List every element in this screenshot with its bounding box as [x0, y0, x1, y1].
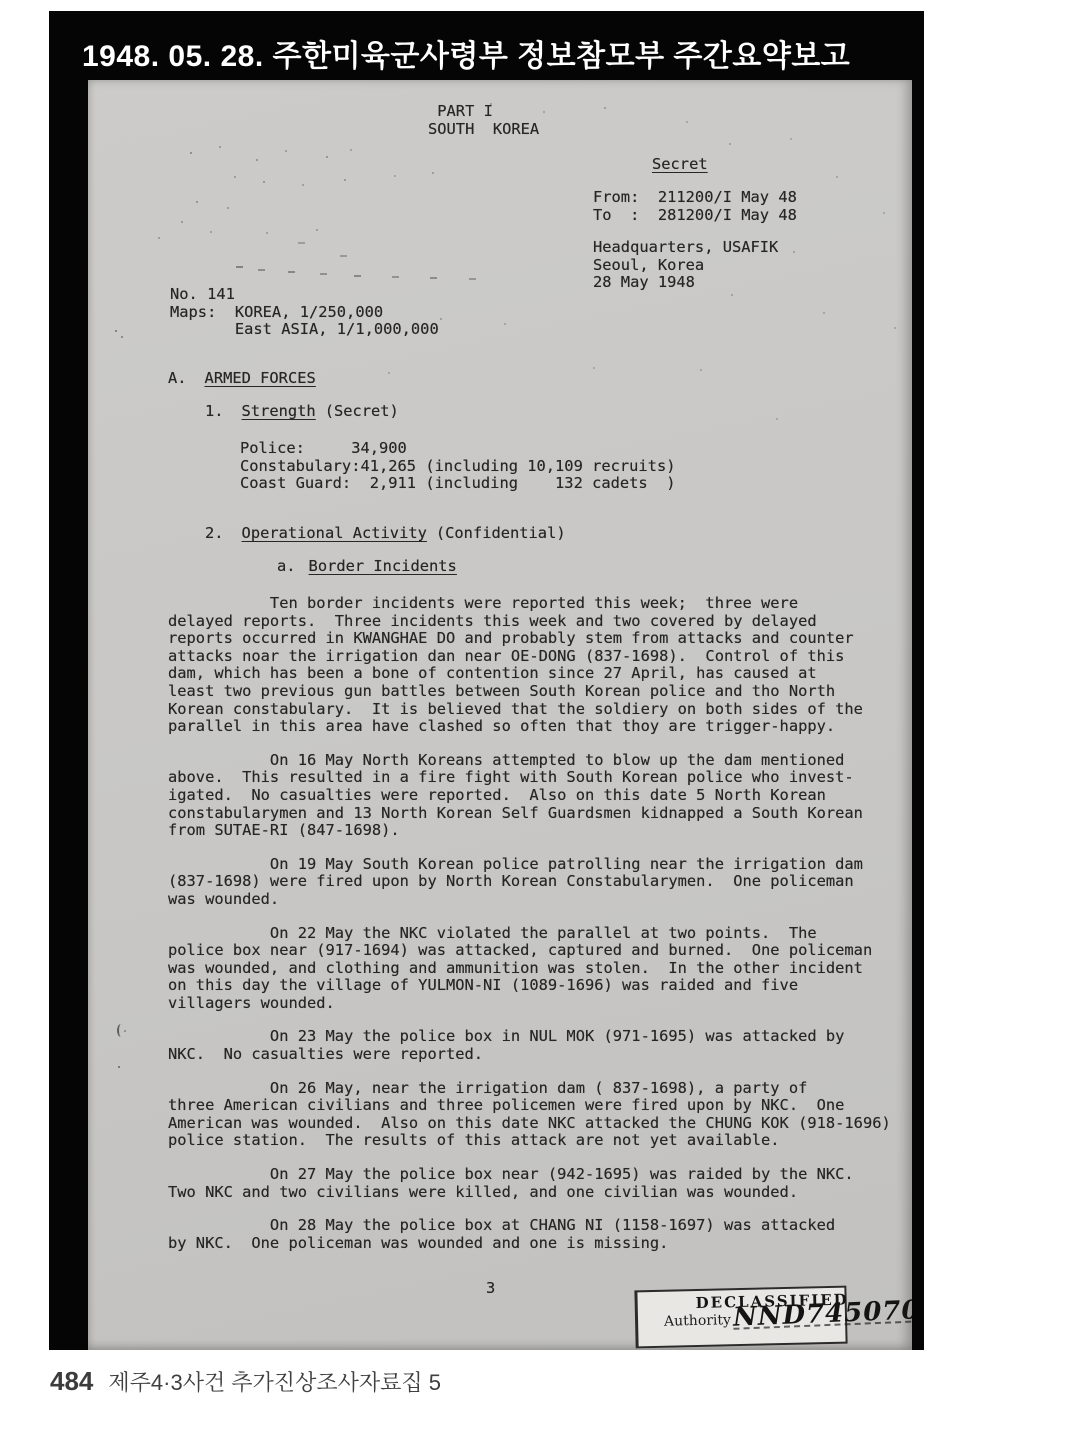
operational-title: Operational Activity [242, 524, 427, 542]
report-issuer: Headquarters, USAFIK Seoul, Korea 28 May… [593, 239, 778, 292]
strength-table: Police: 34,900 Constabulary:41,265 (incl… [240, 440, 676, 493]
footer: 484제주4·3사건 추가진상조사자료집 5 [50, 1366, 441, 1397]
body-paragraph: On 27 May the police box near (942-1695)… [168, 1166, 908, 1201]
document-frame: 1948. 05. 28. 주한미육군사령부 정보참모부 주간요약보고 PART… [49, 11, 924, 1350]
body-paragraph: On 23 May the police box in NUL MOK (971… [168, 1028, 908, 1063]
operational-activity-heading: 2.Operational Activity(Confidential) [205, 525, 566, 543]
banner-title: 1948. 05. 28. 주한미육군사령부 정보참모부 주간요약보고 [82, 31, 850, 75]
body-paragraph: On 26 May, near the irrigation dam ( 837… [168, 1080, 908, 1150]
part-heading: PART I SOUTH KOREA [428, 103, 539, 138]
operational-classification: (Confidential) [436, 524, 566, 542]
strength-classification: (Secret) [325, 402, 399, 420]
scan-noise-dashes [88, 80, 95, 82]
border-title: Border Incidents [309, 557, 457, 575]
strength-heading: 1.Strength(Secret) [205, 403, 399, 421]
operational-num: 2. [205, 524, 224, 542]
scan-margin-mark [117, 1024, 125, 1037]
strength-title: Strength [242, 402, 316, 420]
body-paragraph: On 19 May South Korean police patrolling… [168, 856, 908, 909]
stamp-authority-value: NND745070 [733, 1300, 912, 1330]
body-paragraph: Ten border incidents were reported this … [168, 595, 908, 736]
border-num: a. [277, 557, 296, 575]
classification-secret: Secret [652, 156, 708, 174]
body-paragraph: On 28 May the police box at CHANG NI (11… [168, 1217, 908, 1252]
section-letter: A. [168, 369, 187, 387]
body-paragraph: On 22 May the NKC violated the parallel … [168, 925, 908, 1013]
body-paragraphs: Ten border incidents were reported this … [168, 595, 908, 1268]
border-incidents-heading: a.Border Incidents [277, 558, 457, 576]
report-number-maps: No. 141 Maps: KOREA, 1/250,000 East ASIA… [170, 286, 439, 339]
stamp-authority-label: Authority [664, 1312, 731, 1330]
footer-page-number: 484 [50, 1366, 93, 1396]
report-period: From: 211200/I May 48 To : 281200/I May … [593, 189, 797, 224]
stamp-authority-row: AuthorityNND745070 [638, 1304, 845, 1332]
body-paragraph: On 16 May North Koreans attempted to blo… [168, 752, 908, 840]
document-scan: PART I SOUTH KOREA Secret From: 211200/I… [88, 80, 912, 1350]
footer-book-title: 제주4·3사건 추가진상조사자료집 5 [108, 1370, 441, 1395]
strength-num: 1. [205, 402, 224, 420]
section-armed-forces: A.ARMED FORCES [168, 370, 316, 388]
section-title: ARMED FORCES [205, 369, 316, 387]
declassified-stamp: DECLASSIFIED AuthorityNND745070 [634, 1286, 847, 1349]
page-number: 3 [486, 1280, 495, 1298]
